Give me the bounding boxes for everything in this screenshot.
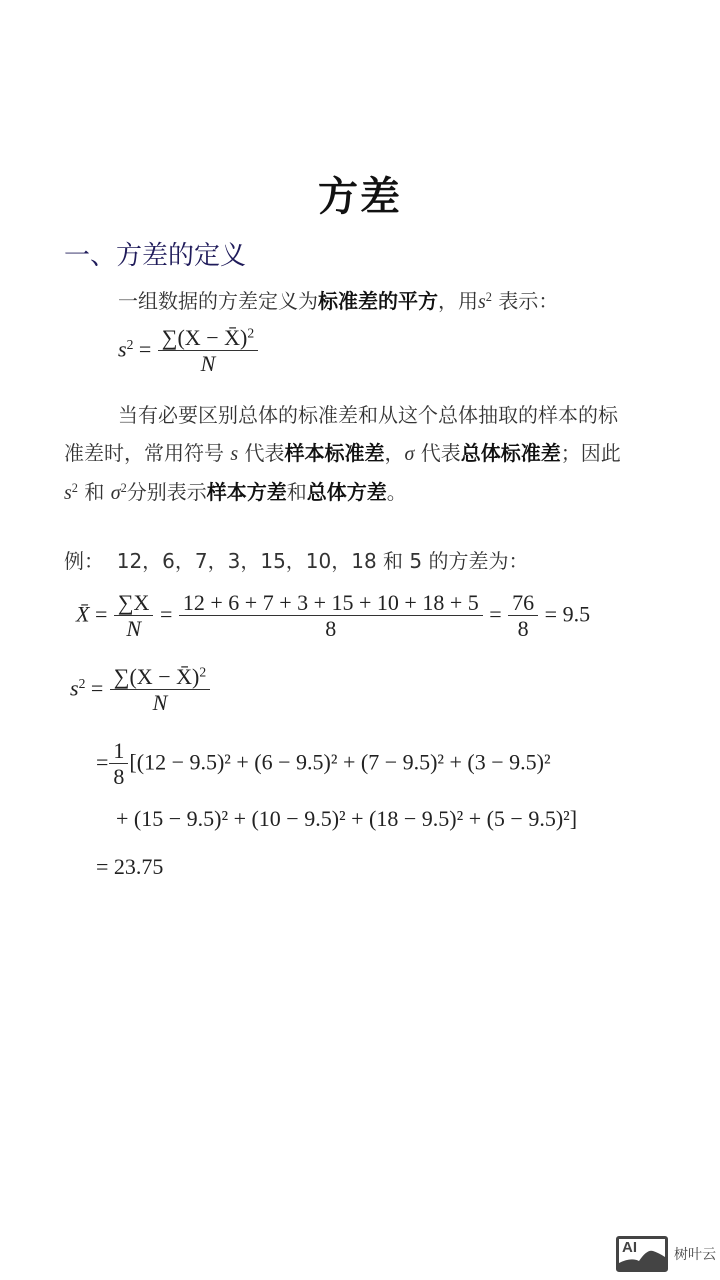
symbol-s: s	[478, 291, 486, 313]
fraction: 76 8	[510, 590, 536, 643]
text: 分别表示	[127, 480, 207, 504]
text: 和	[287, 480, 307, 504]
variance-symbol: s	[70, 675, 79, 700]
numerator: ∑X	[116, 590, 152, 615]
numerator: 1	[111, 738, 126, 763]
bold-term: 总体方差	[307, 480, 387, 504]
example-label: 例：	[64, 549, 104, 573]
page-title: 方差	[0, 165, 720, 222]
fraction: ∑X N	[116, 590, 152, 643]
text: ；因此	[561, 441, 621, 465]
text: 准差时，常用符号	[64, 441, 224, 465]
denominator: N	[114, 615, 154, 642]
mean-equation: X̄ = ∑X N = 12 + 6 + 7 + 3 + 15 + 10 + 1…	[76, 590, 590, 643]
text: 代表	[245, 441, 285, 465]
expansion-terms-2: + (15 − 9.5)² + (10 − 9.5)² + (18 − 9.5)…	[116, 806, 577, 831]
mean-symbol: X̄	[76, 601, 89, 626]
example-line: 例： 12，6，7，3，15，10，18 和 5 的方差为：	[64, 542, 529, 580]
bold-term: 样本标准差	[285, 441, 385, 465]
variance-result: = 23.75	[96, 854, 163, 880]
explanation-paragraph: 当有必要区别总体的标准差和从这个总体抽取的样本的标 准差时，常用符号 s 代表样…	[64, 396, 664, 512]
formula-numerator: ∑(X − X̄)	[162, 325, 248, 350]
example-text: 12，6，7，3，15，10，18 和 5 的方差为：	[117, 549, 529, 573]
numerator: 76	[510, 590, 536, 615]
denominator: 8	[508, 615, 538, 642]
text: 和	[84, 480, 104, 504]
numerator: ∑(X − X̄)	[114, 664, 200, 689]
fraction: 12 + 6 + 7 + 3 + 15 + 10 + 18 + 5 8	[181, 590, 481, 643]
variance-formula: s2 = ∑(X − X̄)2 N	[118, 325, 259, 378]
text: 。	[387, 480, 407, 504]
numerator: 12 + 6 + 7 + 3 + 15 + 10 + 18 + 5	[181, 590, 481, 615]
fraction: 1 8	[111, 738, 126, 791]
intro-mid: ，用	[438, 289, 478, 313]
formula-lhs: s	[118, 336, 127, 361]
expansion-line1: = 1 8 [(12 − 9.5)² + (6 − 9.5)² + (7 − 9…	[96, 738, 551, 791]
intro-paragraph: 一组数据的方差定义为标准差的平方，用s2 表示：	[118, 282, 558, 321]
formula-denominator: N	[158, 350, 258, 377]
symbol-s: s	[230, 443, 238, 465]
text: ，	[385, 441, 405, 465]
watermark-label: 树叶云	[674, 1244, 716, 1264]
expansion-terms-1: [(12 − 9.5)² + (6 − 9.5)² + (7 − 9.5)² +…	[129, 749, 550, 774]
bold-term: 样本方差	[207, 480, 287, 504]
denominator: N	[110, 689, 210, 716]
denominator: 8	[179, 615, 483, 642]
explanation-line2: 准差时，常用符号 s 代表样本标准差，σ 代表总体标准差；因此	[64, 434, 664, 473]
explanation-line3: s2 和 σ2分别表示样本方差和总体方差。	[64, 473, 664, 512]
fraction: ∑(X − X̄)2 N	[112, 664, 208, 717]
text: 代表	[421, 441, 461, 465]
watermark: AI 树叶云	[616, 1236, 716, 1272]
section-heading: 一、方差的定义	[64, 235, 246, 272]
ai-image-icon: AI	[616, 1236, 668, 1272]
symbol-sigma: σ	[405, 443, 415, 465]
sample-variance-equation: s2 = ∑(X − X̄)2 N	[70, 664, 211, 717]
explanation-line1: 当有必要区别总体的标准差和从这个总体抽取的样本的标	[64, 396, 664, 434]
expansion-line2: + (15 − 9.5)² + (10 − 9.5)² + (18 − 9.5)…	[116, 806, 577, 832]
mean-result: = 9.5	[545, 601, 590, 626]
intro-bold: 标准差的平方	[318, 289, 438, 313]
intro-text: 一组数据的方差定义为	[118, 289, 318, 313]
fraction: ∑(X − X̄)2 N	[160, 325, 256, 378]
bold-term: 总体标准差	[461, 441, 561, 465]
intro-suffix: 表示：	[492, 289, 558, 313]
denominator: 8	[109, 763, 128, 790]
